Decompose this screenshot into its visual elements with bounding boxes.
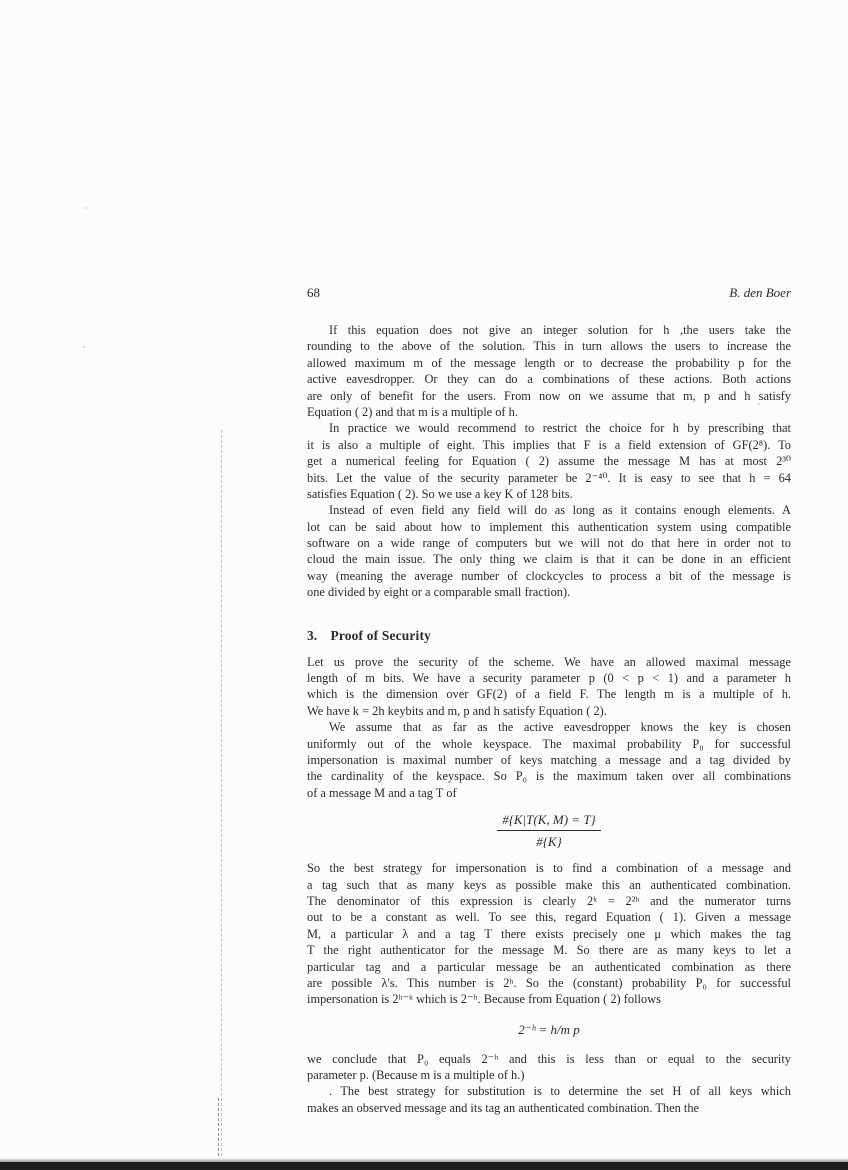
- text-line: M, a particular λ and a tag T there exis…: [307, 926, 791, 942]
- section-title: Proof of Security: [330, 628, 431, 643]
- binding-crease-line-dark: [218, 1098, 219, 1156]
- text-column: 68 B. den Boer If this equation does not…: [307, 285, 791, 1116]
- scan-speck: [85, 207, 87, 209]
- text-line: lot can be said about how to implement t…: [307, 519, 791, 535]
- text-line: way (meaning the average number of clock…: [307, 568, 791, 584]
- text-line: one divided by eight or a comparable sma…: [307, 584, 791, 600]
- paragraph: Let us prove the security of the scheme.…: [307, 654, 791, 720]
- text-line: In practice we would recommend to restri…: [307, 420, 791, 436]
- text-line: uniformly out of the whole keyspace. The…: [307, 736, 791, 752]
- text-line: So the best strategy for impersonation i…: [307, 860, 791, 876]
- text-line: get a numerical feeling for Equation ( 2…: [307, 453, 791, 469]
- text-line: length of m bits. We have a security par…: [307, 670, 791, 686]
- scanned-paper-page: 68 B. den Boer If this equation does not…: [0, 0, 848, 1170]
- text-line: makes an observed message and its tag an…: [307, 1100, 791, 1116]
- text-line: are possible λ's. This number is 2ʰ. So …: [307, 975, 791, 991]
- text-line: are only of benefit for the users. From …: [307, 388, 791, 404]
- text-line: active eavesdropper. Or they can do a co…: [307, 371, 791, 387]
- text-line: Instead of even field any field will do …: [307, 502, 791, 518]
- page-content: If this equation does not give an intege…: [307, 322, 791, 1116]
- section-heading: 3.Proof of Security: [307, 627, 791, 644]
- text-line: impersonation is maximal number of keys …: [307, 752, 791, 768]
- text-line: the cardinality of the keyspace. So P₀ i…: [307, 768, 791, 784]
- binding-crease-line: [221, 430, 222, 1156]
- scan-speck: [83, 346, 85, 348]
- text-line: which is the dimension over GF(2) of a f…: [307, 686, 791, 702]
- running-author: B. den Boer: [729, 285, 791, 301]
- text-line: we conclude that P₀ equals 2⁻ʰ and this …: [307, 1051, 791, 1067]
- display-formula-fraction: #{K|T(K, M) = T}#{K}: [307, 811, 791, 850]
- text-line: out to be a constant as well. To see thi…: [307, 909, 791, 925]
- page-header: 68 B. den Boer: [307, 285, 791, 301]
- text-line: We assume that as far as the active eave…: [307, 719, 791, 735]
- text-line: of a message M and a tag T of: [307, 785, 791, 801]
- text-line: rounding to the above of the solution. T…: [307, 338, 791, 354]
- text-line: it is also a multiple of eight. This imp…: [307, 437, 791, 453]
- fraction-denominator: #{K}: [497, 831, 601, 850]
- paragraph: Instead of even field any field will do …: [307, 502, 791, 600]
- fraction-numerator: #{K|T(K, M) = T}: [497, 811, 601, 831]
- text-line: impersonation is 2ʰ⁻ᵏ which is 2⁻ʰ. Beca…: [307, 991, 791, 1007]
- scan-edge-bar: [0, 1162, 848, 1170]
- text-line: Equation ( 2) and that m is a multiple o…: [307, 404, 791, 420]
- paragraph: If this equation does not give an intege…: [307, 322, 791, 420]
- text-line: allowed maximum m of the message length …: [307, 355, 791, 371]
- text-line: parameter p. (Because m is a multiple of…: [307, 1067, 791, 1083]
- text-line: Let us prove the security of the scheme.…: [307, 654, 791, 670]
- text-line: bits. Let the value of the security para…: [307, 470, 791, 486]
- text-line: cloud the main issue. The only thing we …: [307, 551, 791, 567]
- text-line: If this equation does not give an intege…: [307, 322, 791, 338]
- section-number: 3.: [307, 627, 317, 644]
- text-line: We have k = 2h keybits and m, p and h sa…: [307, 703, 791, 719]
- page-number: 68: [307, 285, 320, 301]
- paragraph: we conclude that P₀ equals 2⁻ʰ and this …: [307, 1051, 791, 1084]
- text-line: a tag such that as many keys as possible…: [307, 877, 791, 893]
- text-line: T the right authenticator for the messag…: [307, 942, 791, 958]
- text-line: particular tag and a particular message …: [307, 959, 791, 975]
- text-line: satisfies Equation ( 2). So we use a key…: [307, 486, 791, 502]
- text-line: . The best strategy for substitution is …: [307, 1083, 791, 1099]
- paragraph: We assume that as far as the active eave…: [307, 719, 791, 801]
- paragraph: . The best strategy for substitution is …: [307, 1083, 791, 1116]
- text-line: The denominator of this expression is cl…: [307, 893, 791, 909]
- paragraph: So the best strategy for impersonation i…: [307, 860, 791, 1008]
- paragraph: In practice we would recommend to restri…: [307, 420, 791, 502]
- text-line: software on a wide range of computers bu…: [307, 535, 791, 551]
- display-formula: 2⁻ʰ = h/m p: [307, 1021, 791, 1038]
- fraction: #{K|T(K, M) = T}#{K}: [497, 811, 601, 850]
